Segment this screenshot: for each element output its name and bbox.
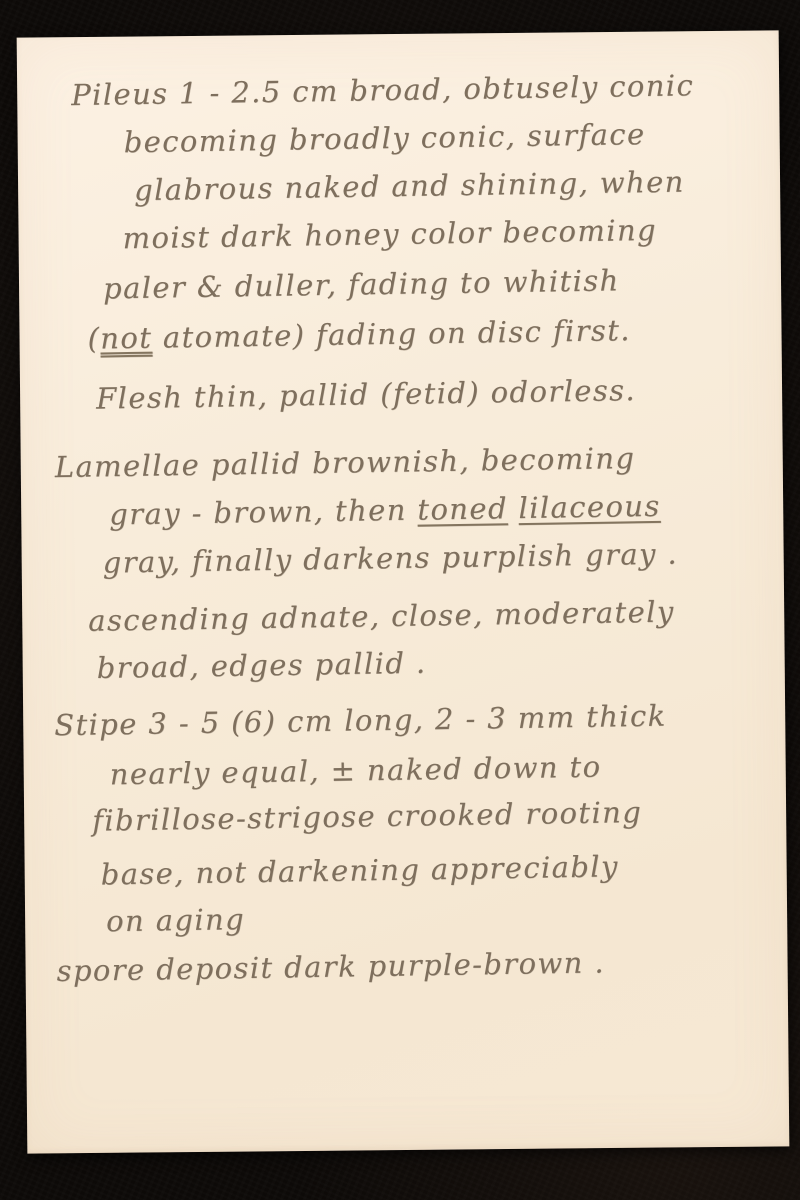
note-line-lamellae-3: gray, finally darkens purplish gray . <box>102 532 678 585</box>
note-line-stipe-5: on aging <box>106 897 246 943</box>
note-text-underlined: not <box>100 321 153 356</box>
note-text: Flesh thin, pallid (fetid) odorless. <box>96 373 636 415</box>
note-text: nearly equal, ± naked down to <box>109 750 601 792</box>
note-line-stipe-3: fibrillose-strigose crooked rooting <box>92 790 643 843</box>
note-line-pileus-5: paler & duller, fading to whitish <box>103 258 620 310</box>
note-text: broad, edges pallid . <box>96 646 426 685</box>
note-text: Pileus 1 - 2.5 cm broad, obtusely conic <box>71 68 694 112</box>
note-line-pileus-2: becoming broadly conic, surface <box>123 112 645 164</box>
note-line-lamellae-4: ascending adnate, close, moderately <box>88 590 675 643</box>
note-text: ( <box>87 321 100 355</box>
note-line-stipe-2: nearly equal, ± naked down to <box>109 745 601 797</box>
note-text: base, not darkening appreciably <box>100 849 619 891</box>
note-text-underlined: lilaceous <box>518 489 661 525</box>
note-line-pileus-3: glabrous naked and shining, when <box>134 160 685 213</box>
note-text: glabrous naked and shining, when <box>134 165 685 208</box>
note-text: gray, finally darkens purplish gray . <box>102 537 678 580</box>
note-line-stipe-1: Stipe 3 - 5 (6) cm long, 2 - 3 mm thick <box>54 694 667 748</box>
note-line-pileus-4: moist dark honey color becoming <box>122 208 657 260</box>
note-text: ascending adnate, close, moderately <box>88 595 675 638</box>
note-card: Pileus 1 - 2.5 cm broad, obtusely conic … <box>17 30 790 1153</box>
note-text: paler & duller, fading to whitish <box>103 263 620 305</box>
note-line-flesh-1: Flesh thin, pallid (fetid) odorless. <box>96 368 637 420</box>
note-line-lamellae-5: broad, edges pallid . <box>96 641 426 690</box>
note-text: Stipe 3 - 5 (6) cm long, 2 - 3 mm thick <box>54 699 667 743</box>
note-text-underlined: toned <box>417 491 508 526</box>
note-line-lamellae-1: Lamellae pallid brownish, becoming <box>54 436 635 489</box>
note-text: gray - brown, then <box>109 493 418 532</box>
note-line-stipe-4: base, not darkening appreciably <box>100 844 619 896</box>
note-text: on aging <box>106 902 245 938</box>
note-text: Lamellae pallid brownish, becoming <box>55 441 636 484</box>
note-line-spore-deposit: spore deposit dark purple-brown . <box>56 940 605 993</box>
note-line-pileus-6: (not atomate) fading on disc first. <box>87 308 631 361</box>
note-line-pileus-1: Pileus 1 - 2.5 cm broad, obtusely conic <box>71 63 695 117</box>
note-text: spore deposit dark purple-brown . <box>56 945 605 988</box>
note-text: atomate) fading on disc first. <box>152 313 631 355</box>
note-line-lamellae-2: gray - brown, then toned lilaceous <box>109 484 661 537</box>
note-text: moist dark honey color becoming <box>122 213 657 255</box>
note-text: becoming broadly conic, surface <box>123 117 645 159</box>
note-text: fibrillose-strigose crooked rooting <box>92 795 642 838</box>
